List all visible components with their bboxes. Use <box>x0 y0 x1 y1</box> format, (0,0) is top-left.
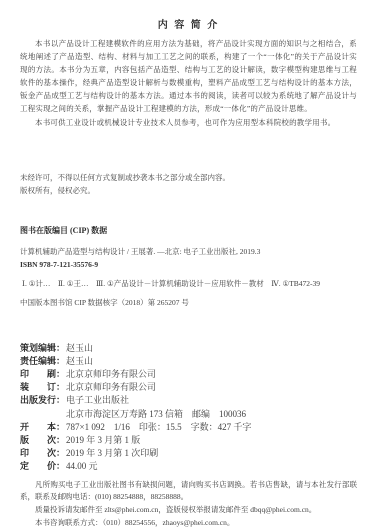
cip-isbn: ISBN 978-7-121-35576-9 <box>20 258 357 272</box>
note-quality-complaint: 质量投诉请发邮件至 zlts@phei.com.cn，盗版侵权举报请发邮件至 d… <box>20 504 357 517</box>
cip-heading: 图书在版编目 (CIP) 数据 <box>20 225 357 236</box>
pub-value: 北京京师印务有限公司 <box>66 368 357 381</box>
cip-record-number: 中国版本图书馆 CIP 数据核字（2018）第 265207 号 <box>20 296 357 309</box>
pub-label: 印 次： <box>20 447 66 460</box>
content-summary-paragraph-2: 本书可供工业设计或机械设计专业技术人员参考，也可作为应用型本科院校的教学用书。 <box>20 116 357 129</box>
pub-value: 赵玉山 <box>66 355 357 368</box>
pub-row-responsible-editor: 责任编辑： 赵玉山 <box>20 355 357 368</box>
pub-label: 开 本： <box>20 421 66 434</box>
pub-label: 定 价： <box>20 460 66 473</box>
pub-row-format: 开 本： 787×1 092 1/16 印张：15.5 字数：427 千字 <box>20 421 357 434</box>
book-copyright-page: 内 容 简 介 本书以产品设计工程建模软件的应用方法为基础，将产品设计实现方面的… <box>0 0 375 532</box>
pub-row-price: 定 价： 44.00 元 <box>20 460 357 473</box>
pub-value: 787×1 092 1/16 印张：15.5 字数：427 千字 <box>66 421 357 434</box>
pub-row-impression: 印 次： 2019 年 3 月第 1 次印刷 <box>20 447 357 460</box>
pub-value: 44.00 元 <box>66 460 357 473</box>
pub-row-address: 北京市海淀区万寿路 173 信箱 邮编 100036 <box>20 408 357 421</box>
copyright-notice-line2: 版权所有，侵权必究。 <box>20 184 357 198</box>
pub-value: 2019 年 3 月第 1 版 <box>66 434 357 447</box>
pub-value: 北京市海淀区万寿路 173 信箱 邮编 100036 <box>66 408 357 421</box>
cip-data-section: 图书在版编目 (CIP) 数据 计算机辅助产品造型与结构设计 / 王展著. —北… <box>20 225 357 309</box>
cip-book-line: 计算机辅助产品造型与结构设计 / 王展著. —北京: 电子工业出版社, 2019… <box>20 245 357 259</box>
pub-row-publisher: 出版发行： 电子工业出版社 <box>20 394 357 407</box>
note-exchange-policy: 凡所购买电子工业出版社图书有缺损问题，请向购买书店调换。若书店售缺，请与本社发行… <box>20 479 357 504</box>
pub-value: 2019 年 3 月第 1 次印刷 <box>66 447 357 460</box>
content-summary-paragraph-1: 本书以产品设计工程建模软件的应用方法为基础，将产品设计实现方面的知识与之相结合，… <box>20 37 357 116</box>
pub-row-planning-editor: 策划编辑： 赵玉山 <box>20 342 357 355</box>
pub-label: 装 订： <box>20 381 66 394</box>
pub-label: 版 次： <box>20 434 66 447</box>
cip-classification: Ⅰ. ①计… Ⅱ. ①王… Ⅲ. ①产品设计－计算机辅助设计－应用软件－教材 Ⅳ… <box>20 277 357 290</box>
pub-label: 策划编辑： <box>20 342 66 355</box>
note-consultation-contact: 本书咨询联系方式：（010）88254556，zhaoys@phei.com.c… <box>20 517 357 530</box>
copyright-notice-line1: 未经许可，不得以任何方式复制或抄袭本书之部分或全部内容。 <box>20 171 357 185</box>
pub-label <box>20 408 66 421</box>
content-summary-title: 内 容 简 介 <box>20 16 357 31</box>
copyright-notice: 未经许可，不得以任何方式复制或抄袭本书之部分或全部内容。 版权所有，侵权必究。 <box>20 171 357 198</box>
pub-label: 责任编辑： <box>20 355 66 368</box>
pub-row-edition: 版 次： 2019 年 3 月第 1 版 <box>20 434 357 447</box>
pub-row-binder: 装 订： 北京京师印务有限公司 <box>20 381 357 394</box>
purchase-service-notes: 凡所购买电子工业出版社图书有缺损问题，请向购买书店调换。若书店售缺，请与本社发行… <box>20 479 357 530</box>
pub-row-printer: 印 刷： 北京京师印务有限公司 <box>20 368 357 381</box>
publishing-info: 策划编辑： 赵玉山 责任编辑： 赵玉山 印 刷： 北京京师印务有限公司 装 订：… <box>20 342 357 474</box>
pub-value: 电子工业出版社 <box>66 394 357 407</box>
pub-label: 印 刷： <box>20 368 66 381</box>
pub-value: 北京京师印务有限公司 <box>66 381 357 394</box>
pub-label: 出版发行： <box>20 394 66 407</box>
pub-value: 赵玉山 <box>66 342 357 355</box>
